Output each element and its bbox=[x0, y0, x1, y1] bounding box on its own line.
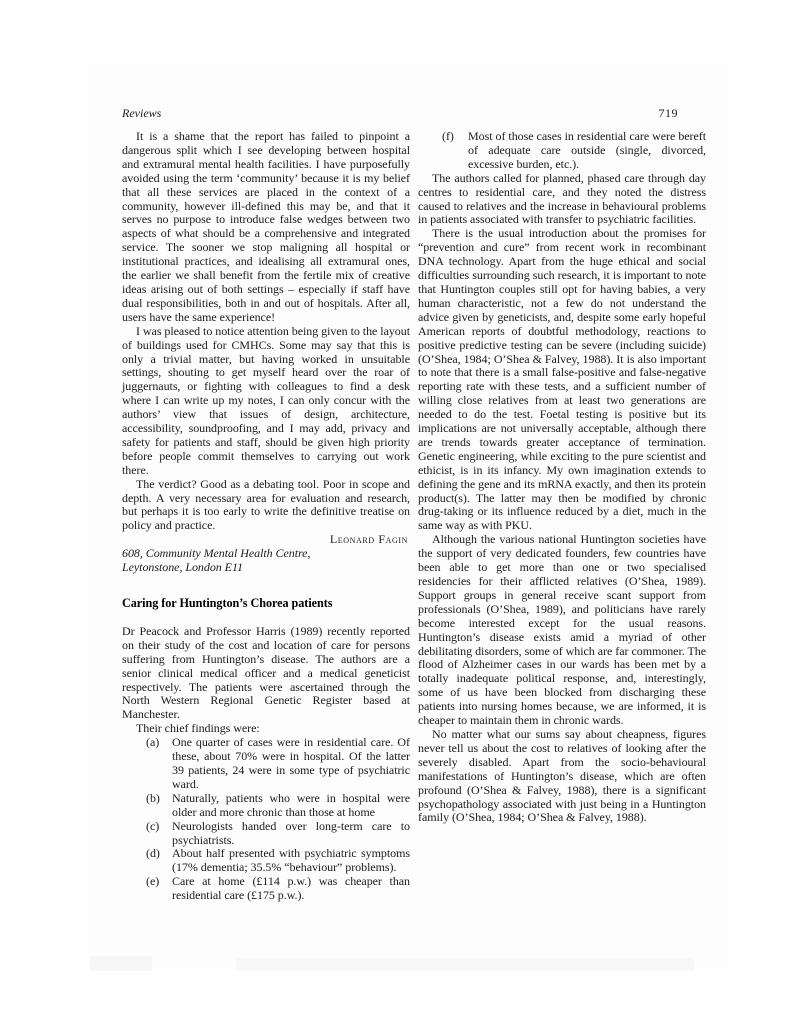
review1-paragraph-2: I was pleased to notice attention being … bbox=[122, 325, 410, 478]
finding-text: Care at home (£114 p.w.) was cheaper tha… bbox=[172, 875, 410, 903]
finding-marker: (d) bbox=[146, 847, 172, 875]
finding-item-e: (e) Care at home (£114 p.w.) was cheaper… bbox=[146, 875, 410, 903]
scan-artifact bbox=[90, 956, 152, 971]
finding-marker: (b) bbox=[146, 792, 172, 820]
journal-page: Reviews 719 It is a shame that the repor… bbox=[0, 0, 800, 1036]
review2-paragraph-1: The authors called for planned, phased c… bbox=[418, 172, 706, 228]
running-head: Reviews bbox=[122, 106, 161, 120]
finding-marker: (c) bbox=[146, 820, 172, 848]
finding-text: One quarter of cases were in residential… bbox=[172, 736, 410, 792]
finding-item-c: (c) Neurologists handed over long-term c… bbox=[146, 820, 410, 848]
scan-artifact bbox=[236, 958, 694, 971]
right-column: (f) Most of those cases in residential c… bbox=[418, 130, 706, 825]
page-number: 719 bbox=[659, 106, 707, 120]
finding-text: Most of those cases in residential care … bbox=[468, 130, 706, 172]
finding-text: Naturally, patients who were in hospital… bbox=[172, 792, 410, 820]
finding-marker: (a) bbox=[146, 736, 172, 792]
review-title: Caring for Huntington’s Chorea patients bbox=[122, 597, 410, 611]
finding-item-a: (a) One quarter of cases were in residen… bbox=[146, 736, 410, 792]
finding-item-f: (f) Most of those cases in residential c… bbox=[442, 130, 706, 172]
page-header: Reviews 719 bbox=[122, 106, 706, 120]
review1-paragraph-3: The verdict? Good as a debating tool. Po… bbox=[122, 478, 410, 534]
review2-paragraph-2: There is the usual introduction about th… bbox=[418, 227, 706, 533]
review2-paragraph-3: Although the various national Huntington… bbox=[418, 533, 706, 728]
reviewer-signature: Leonard Fagin bbox=[122, 533, 410, 547]
review2-intro-paragraph: Dr Peacock and Professor Harris (1989) r… bbox=[122, 625, 410, 722]
reviewer-address-line2: Leytonstone, London E11 bbox=[122, 561, 410, 575]
finding-item-d: (d) About half presented with psychiatri… bbox=[146, 847, 410, 875]
left-column: It is a shame that the report has failed… bbox=[122, 130, 410, 903]
findings-intro: Their chief findings were: bbox=[122, 722, 410, 736]
finding-item-b: (b) Naturally, patients who were in hosp… bbox=[146, 792, 410, 820]
reviewer-address-line1: 608, Community Mental Health Centre, bbox=[122, 547, 410, 561]
finding-text: Neurologists handed over long-term care … bbox=[172, 820, 410, 848]
review1-paragraph-1: It is a shame that the report has failed… bbox=[122, 130, 410, 325]
review2-paragraph-4: No matter what our sums say about cheapn… bbox=[418, 728, 706, 825]
finding-marker: (f) bbox=[442, 130, 468, 172]
reviewer-address: 608, Community Mental Health Centre, Ley… bbox=[122, 547, 410, 575]
finding-text: About half presented with psychiatric sy… bbox=[172, 847, 410, 875]
finding-marker: (e) bbox=[146, 875, 172, 903]
